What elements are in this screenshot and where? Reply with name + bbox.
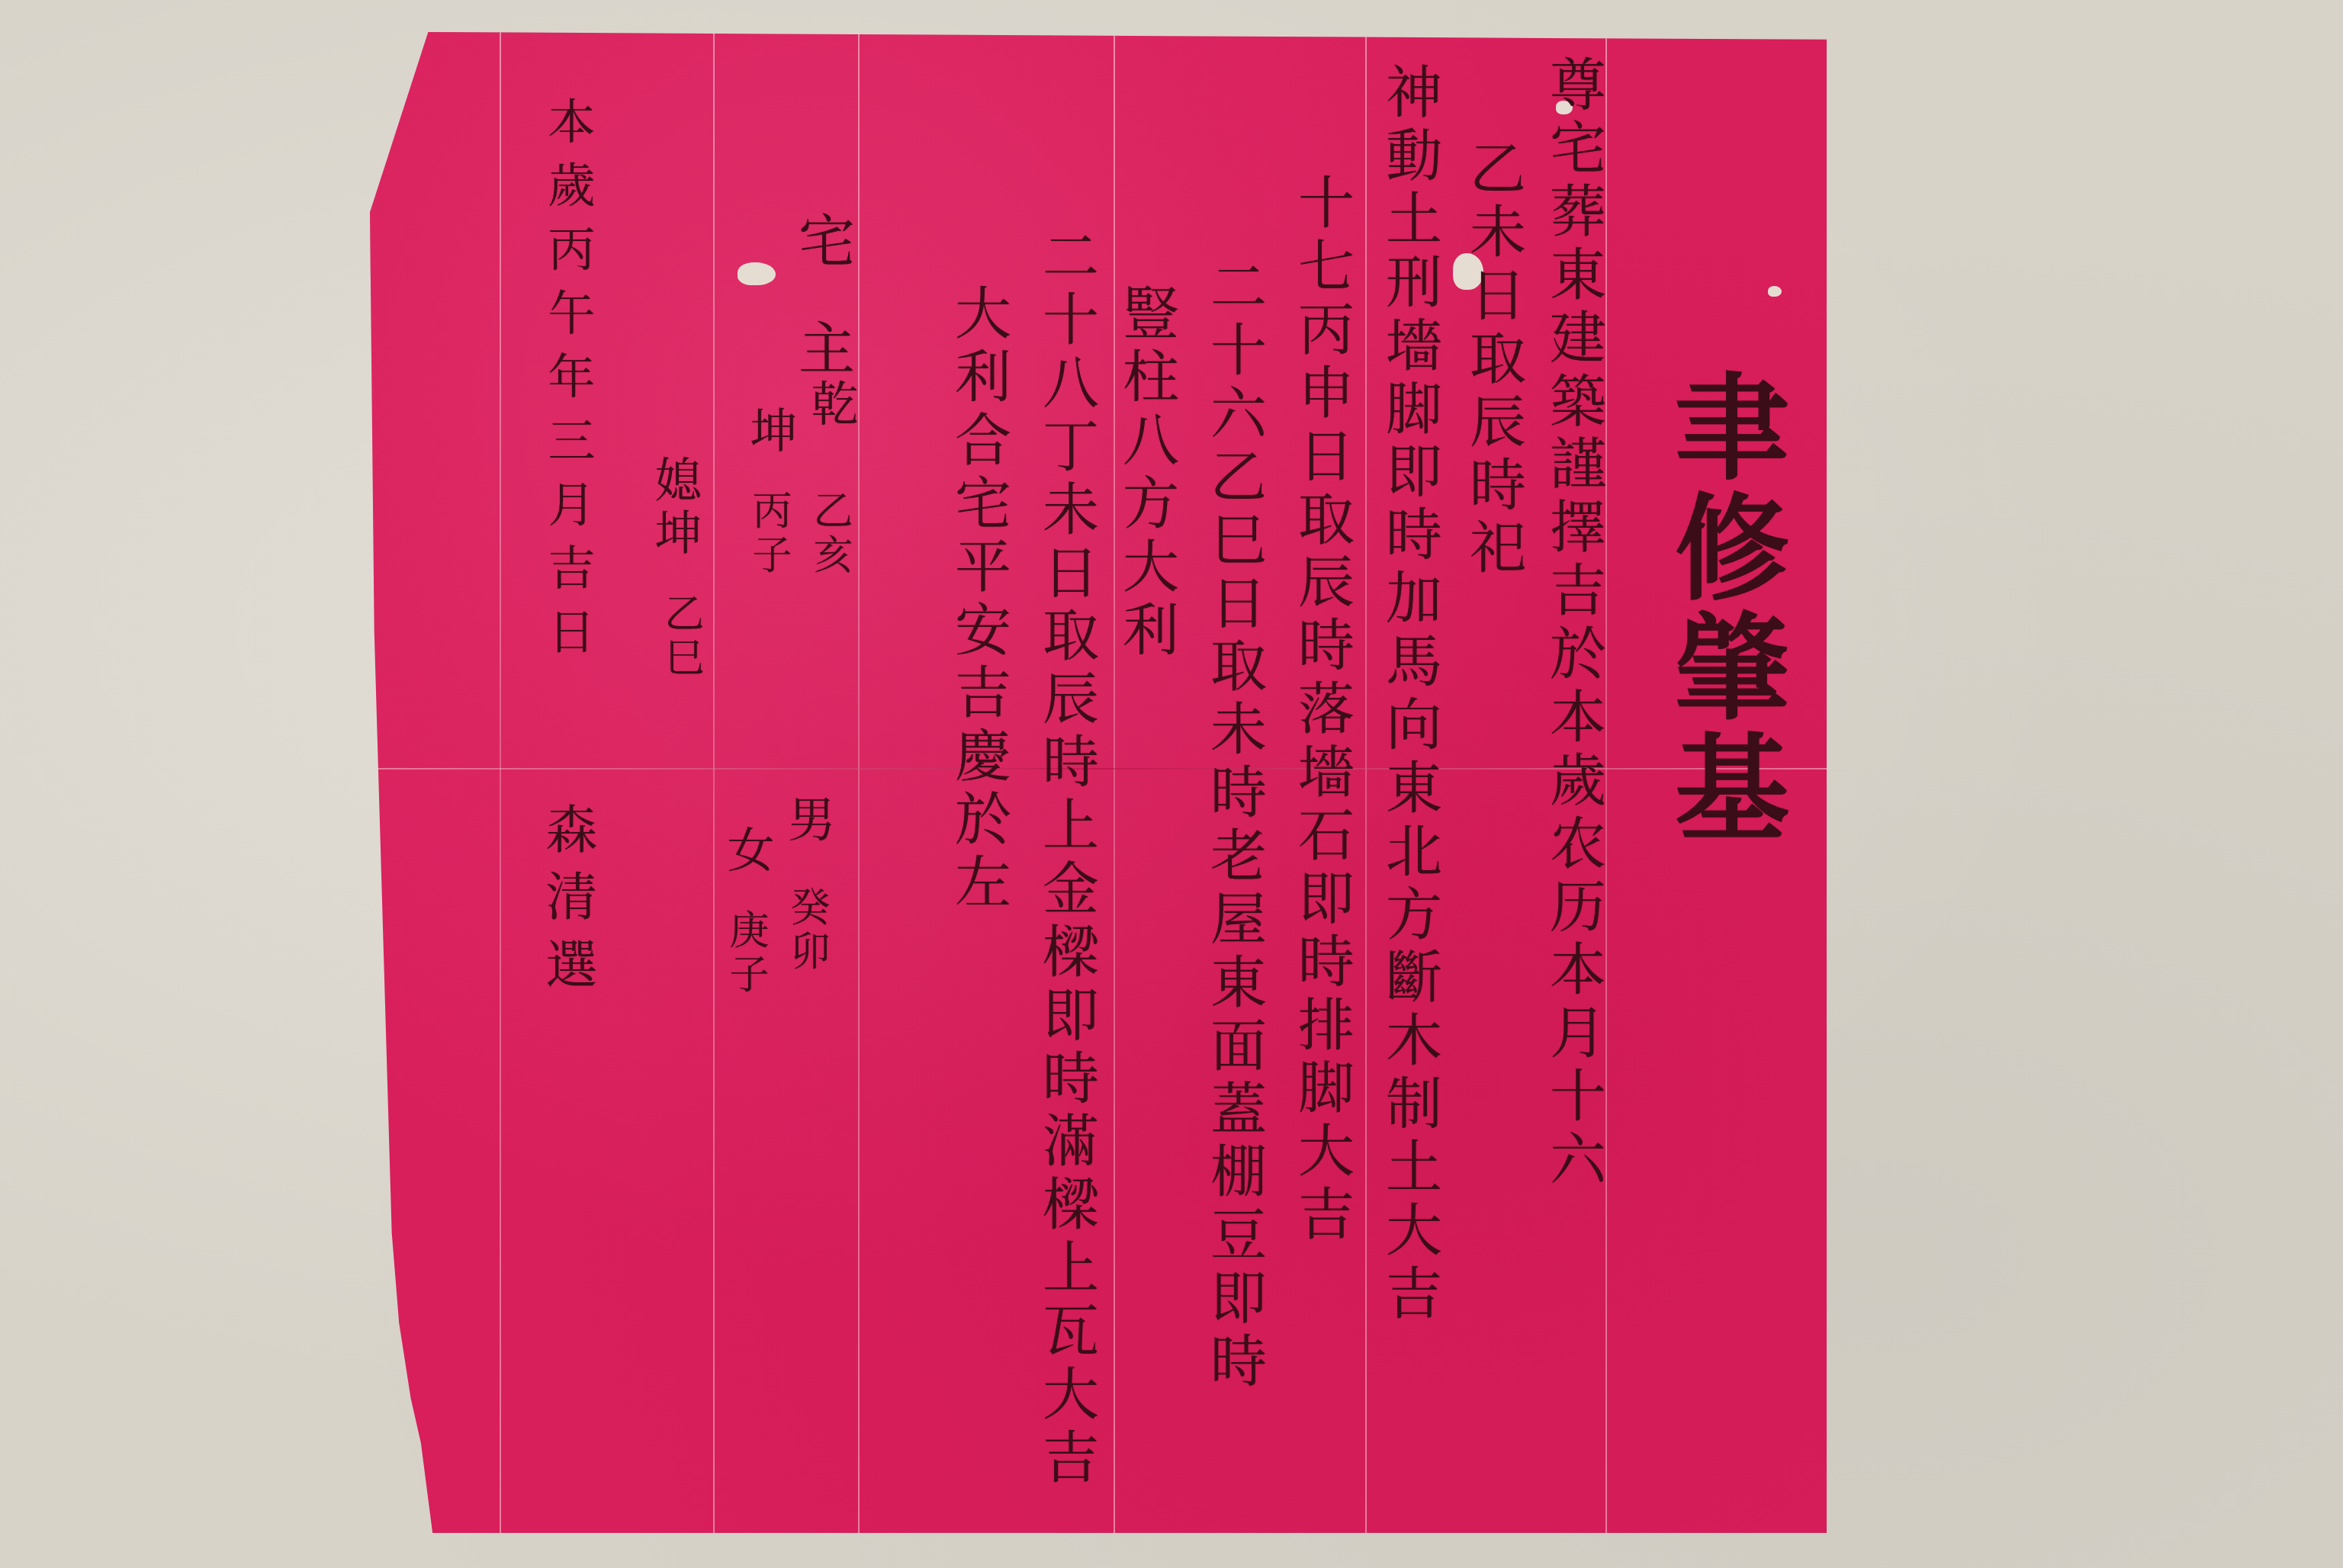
body-column-1: 尊宅葬東建築謹擇吉於本歲农历本月十六 [1533, 55, 1614, 1193]
body-column-7: 二十八丁未日取辰時上金樑即時滿樑上瓦大吉 [1026, 227, 1107, 1491]
fold-line [1365, 32, 1367, 1533]
date-line: 本歲丙午年三月吉日 [534, 97, 602, 671]
fold-line [713, 32, 715, 1533]
body-column-2: 乙未日取辰時祀 [1453, 139, 1534, 581]
kun-label: 坤 [736, 406, 804, 458]
body-column-5: 二十六乙巳日取未時老屋東面蓋棚豆即時 [1194, 257, 1274, 1395]
daughter-in-law-label: 媳坤 [641, 455, 709, 561]
document-title: 聿修肇基 [1640, 368, 1805, 848]
kun-year: 丙子 [740, 490, 797, 578]
body-column-3: 神動土刑墻脚即時加馬向東北方斷木制土大吉 [1369, 63, 1450, 1327]
fold-line [500, 32, 501, 1533]
body-column-8: 大利合宅平安吉慶於左 [938, 284, 1019, 916]
red-document-paper: 聿修肇基 尊宅葬東建築謹擇吉於本歲农历本月十六 乙未日取辰時祀 神動土刑墻脚即時… [370, 32, 1827, 1533]
son-label: 男 [774, 795, 842, 847]
qian-year: 乙亥 [801, 490, 858, 578]
daughter-year: 庚子 [717, 909, 774, 998]
signature: 森清選 [530, 802, 604, 1004]
daughter-in-law-year: 乙巳 [652, 593, 709, 681]
fold-line [1114, 32, 1115, 1533]
daughter-label: 女 [713, 825, 781, 878]
paper-hole [1768, 286, 1782, 297]
qian-label: 乾 [797, 379, 865, 432]
son-year: 癸卯 [778, 886, 835, 975]
paper-hole [738, 262, 776, 285]
body-column-4: 十七丙申日取辰時落墻石即時排脚大吉 [1281, 173, 1362, 1248]
body-column-6: 豎柱八方大利 [1106, 284, 1187, 663]
